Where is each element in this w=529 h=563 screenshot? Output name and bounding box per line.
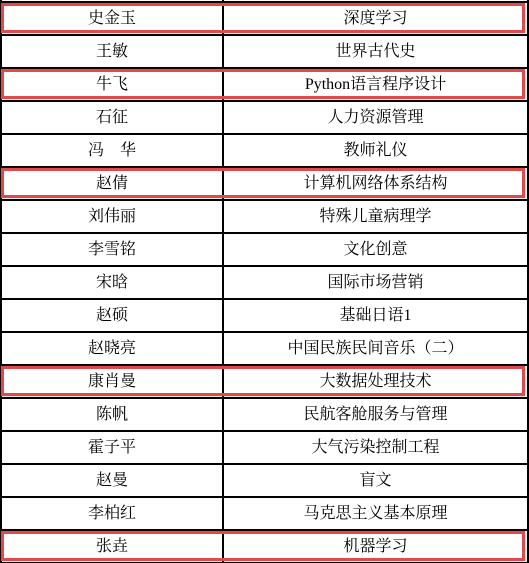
teacher-name-cell: 康肖曼 (1, 365, 223, 398)
teacher-name-cell: 冯 华 (1, 134, 223, 167)
teacher-name-cell: 赵硕 (1, 299, 223, 332)
teacher-course-table: 史金玉 深度学习 王敏 世界古代史 牛飞 Python语言程序设计 石征 人力资… (0, 0, 529, 563)
course-name-cell: 中国民族民间音乐（二） (223, 332, 528, 365)
teacher-name-cell: 赵倩 (1, 167, 223, 200)
course-name-cell: 深度学习 (223, 2, 528, 35)
teacher-name-cell: 张垚 (1, 530, 223, 563)
course-name-cell: 国际市场营销 (223, 266, 528, 299)
table-row: 赵硕 基础日语1 (1, 299, 528, 332)
course-name-cell: 民航客舱服务与管理 (223, 398, 528, 431)
course-name-cell: 教师礼仪 (223, 134, 528, 167)
table-row: 赵倩 计算机网络体系结构 (1, 167, 528, 200)
table-row: 牛飞 Python语言程序设计 (1, 68, 528, 101)
course-name-cell: Python语言程序设计 (223, 68, 528, 101)
course-name-cell: 机器学习 (223, 530, 528, 563)
teacher-name-cell: 陈帆 (1, 398, 223, 431)
table-row: 赵曼 盲文 (1, 464, 528, 497)
teacher-name-cell: 石征 (1, 101, 223, 134)
teacher-name-cell: 霍子平 (1, 431, 223, 464)
table-row: 赵晓亮 中国民族民间音乐（二） (1, 332, 528, 365)
course-name-cell: 马克思主义基本原理 (223, 497, 528, 530)
teacher-name-cell: 刘伟丽 (1, 200, 223, 233)
course-name-cell: 文化创意 (223, 233, 528, 266)
table-row: 李柏红 马克思主义基本原理 (1, 497, 528, 530)
teacher-name-cell: 史金玉 (1, 2, 223, 35)
teacher-name-cell: 李雪铭 (1, 233, 223, 266)
table-row: 陈帆 民航客舱服务与管理 (1, 398, 528, 431)
table-body: 史金玉 深度学习 王敏 世界古代史 牛飞 Python语言程序设计 石征 人力资… (1, 0, 528, 563)
course-name-cell: 计算机网络体系结构 (223, 167, 528, 200)
teacher-name-cell: 李柏红 (1, 497, 223, 530)
table-row: 王敏 世界古代史 (1, 35, 528, 68)
course-name-cell: 大数据处理技术 (223, 365, 528, 398)
teacher-name-cell: 牛飞 (1, 68, 223, 101)
table-row: 张垚 机器学习 (1, 530, 528, 563)
table-row: 李雪铭 文化创意 (1, 233, 528, 266)
table-row: 康肖曼 大数据处理技术 (1, 365, 528, 398)
course-name-cell: 人力资源管理 (223, 101, 528, 134)
table-row: 史金玉 深度学习 (1, 2, 528, 35)
table-row: 冯 华 教师礼仪 (1, 134, 528, 167)
table-row: 石征 人力资源管理 (1, 101, 528, 134)
table-screenshot: 史金玉 深度学习 王敏 世界古代史 牛飞 Python语言程序设计 石征 人力资… (0, 0, 529, 563)
table-row: 霍子平 大气污染控制工程 (1, 431, 528, 464)
teacher-name-cell: 宋晗 (1, 266, 223, 299)
teacher-name-cell: 赵曼 (1, 464, 223, 497)
teacher-name-cell: 赵晓亮 (1, 332, 223, 365)
course-name-cell: 盲文 (223, 464, 528, 497)
course-name-cell: 世界古代史 (223, 35, 528, 68)
course-name-cell: 基础日语1 (223, 299, 528, 332)
table-row: 刘伟丽 特殊儿童病理学 (1, 200, 528, 233)
teacher-name-cell: 王敏 (1, 35, 223, 68)
course-name-cell: 大气污染控制工程 (223, 431, 528, 464)
course-name-cell: 特殊儿童病理学 (223, 200, 528, 233)
table-row: 宋晗 国际市场营销 (1, 266, 528, 299)
